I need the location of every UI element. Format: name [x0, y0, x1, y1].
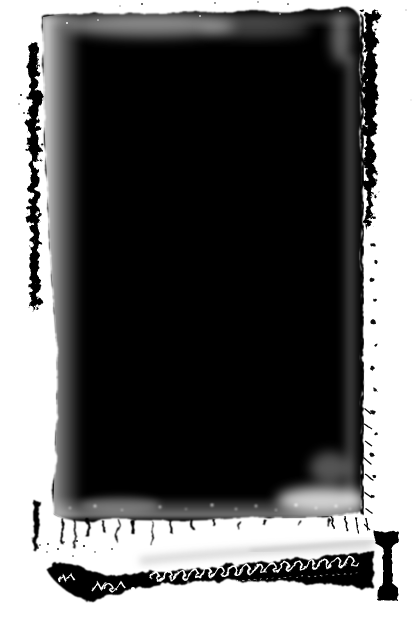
right-inner-halo [342, 55, 359, 505]
top-middle-glow [200, 21, 310, 37]
right-edge-line [361, 15, 363, 514]
instant-film-scan [0, 0, 416, 624]
bottom-right-smudge [310, 452, 350, 484]
bottom-left-haze [80, 497, 160, 513]
photo-scan [0, 0, 416, 624]
emulsion-field [43, 7, 362, 521]
bottom-right-glow [277, 487, 367, 513]
